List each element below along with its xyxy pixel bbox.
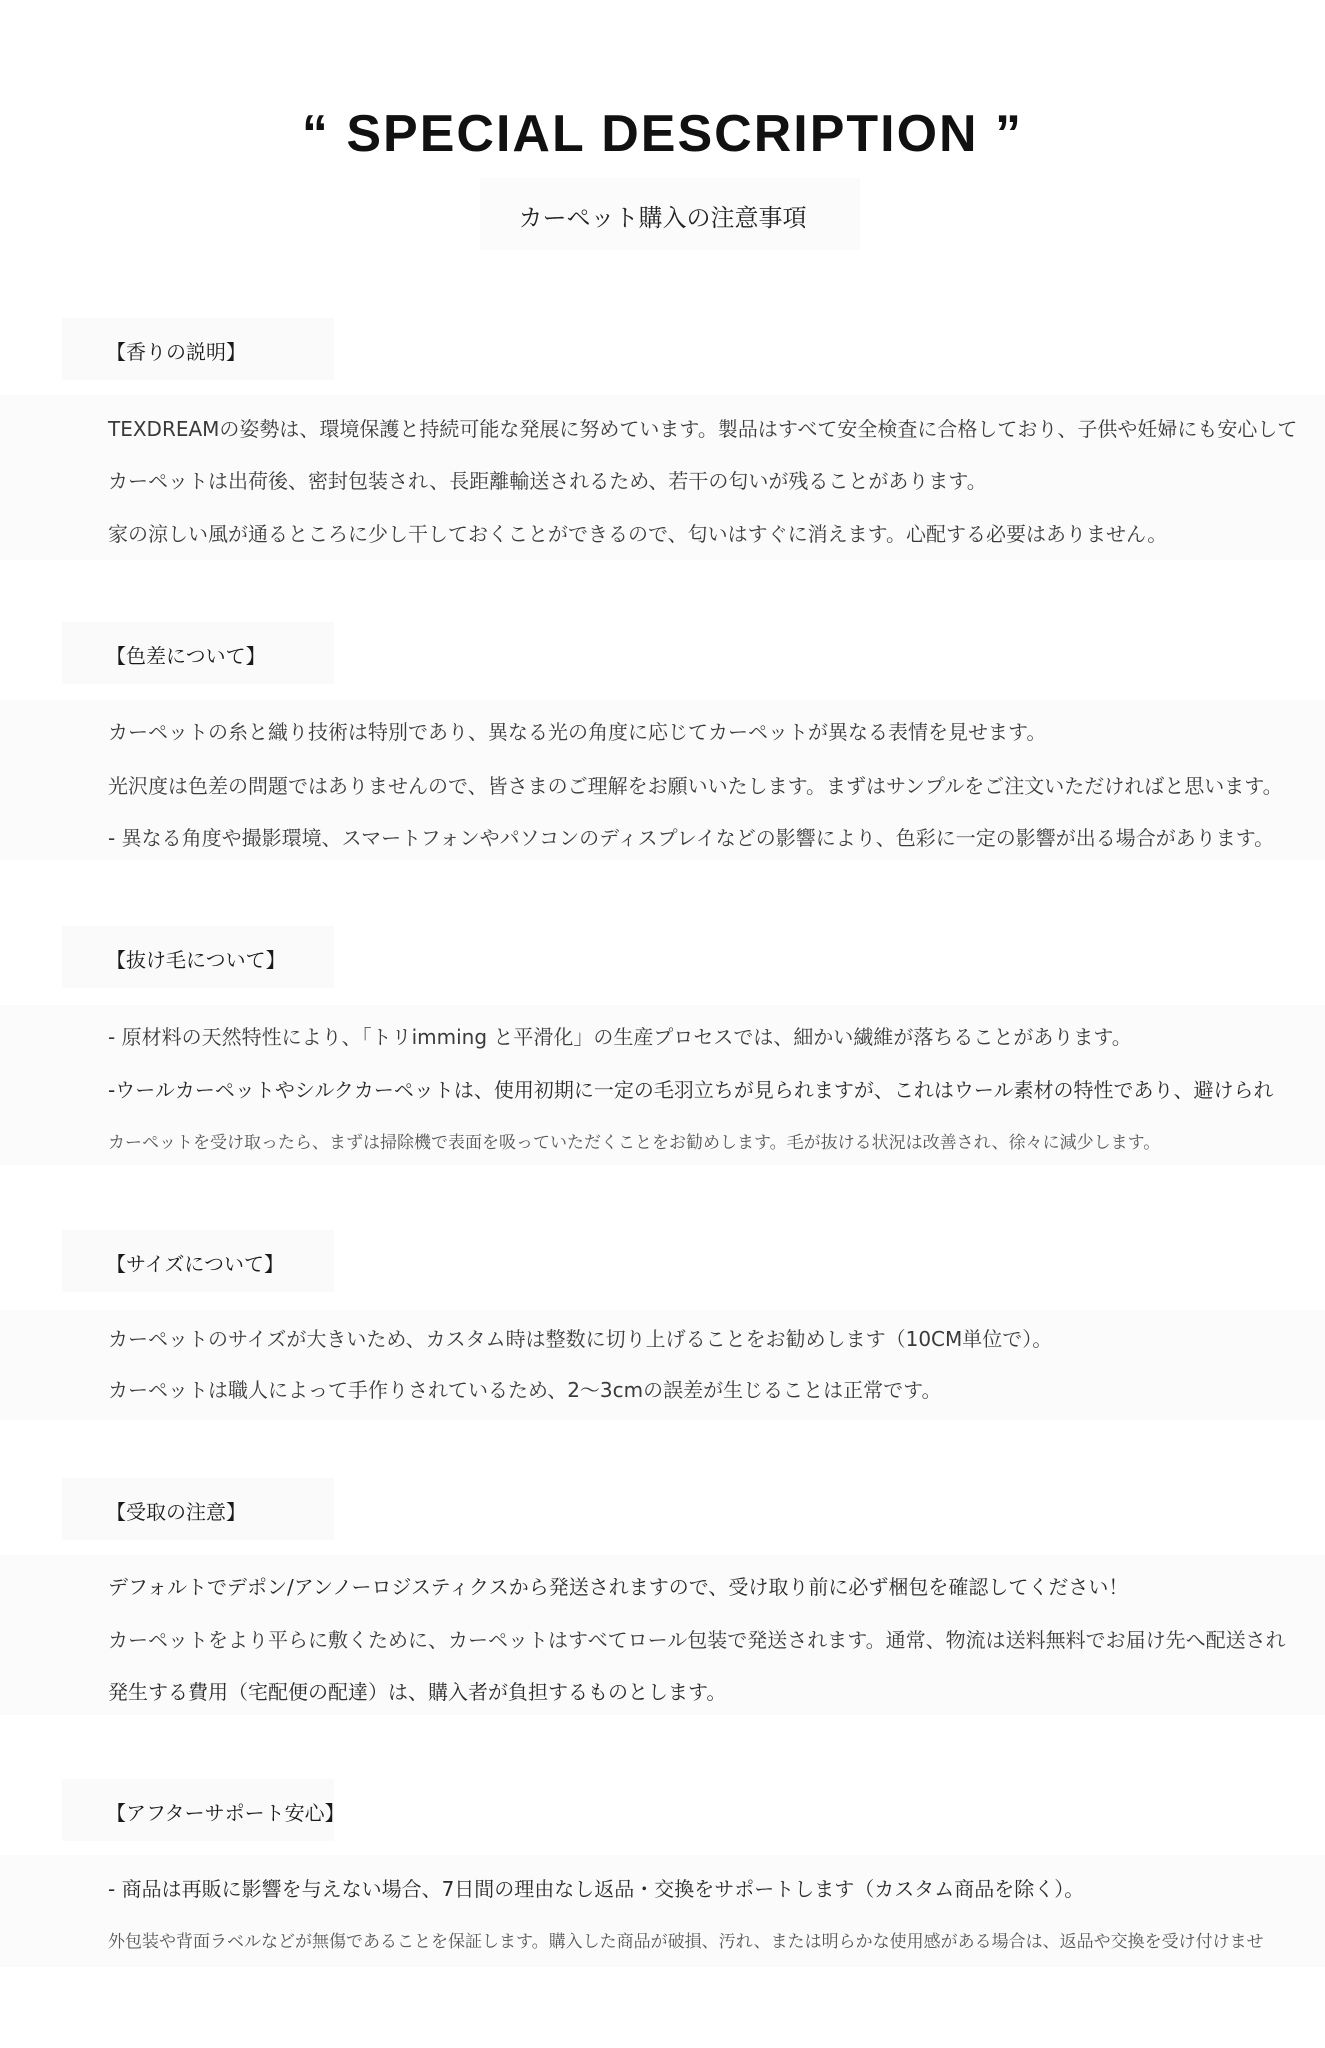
section-heading-size: 【サイズについて】 (106, 1248, 284, 1277)
special-description-page: “ SPECIAL DESCRIPTION ” カーペット購入の注意事項 【香り… (0, 0, 1325, 2048)
section-scent-line: TEXDREAMの姿勢は、環境保護と持続可能な発展に努めています。製品はすべて安… (108, 413, 1297, 442)
section-size-line: カーペットのサイズが大きいため、カスタム時は整数に切り上げることをお勧めします（… (108, 1323, 1052, 1352)
section-support-line: 外包装や背面ラベルなどが無傷であることを保証します。購入した商品が破損、汚れ、ま… (108, 1927, 1264, 1952)
page-subtitle: カーペット購入の注意事項 (0, 198, 1325, 233)
section-receiving-line: 発生する費用（宅配便の配達）は、購入者が負担するものとします。 (108, 1676, 726, 1705)
section-scent-line: カーペットは出荷後、密封包装され、長距離輸送されるため、若干の匂いが残ることがあ… (108, 465, 987, 494)
section-color-line: カーペットの糸と織り技術は特別であり、異なる光の角度に応じてカーペットが異なる表… (108, 716, 1046, 745)
section-shedding-line: - 原材料の天然特性により、「トリimming と平滑化」の生産プロセスでは、細… (108, 1021, 1132, 1050)
section-receiving-line: デフォルトでデポン/アンノーロジスティクスから発送されますので、受け取り前に必ず… (108, 1571, 1128, 1600)
section-size-line: カーペットは職人によって手作りされているため、2〜3cmの誤差が生じることは正常… (108, 1374, 942, 1403)
section-shedding-line: -ウールカーペットやシルクカーペットは、使用初期に一定の毛羽立ちが見られますが、… (108, 1074, 1274, 1103)
section-shedding-line: カーペットを受け取ったら、まずは掃除機で表面を吸っていただくことをお勧めします。… (108, 1128, 1160, 1153)
section-heading-color-difference: 【色差について】 (106, 640, 266, 669)
section-support-line: - 商品は再販に影響を与えない場合、7日間の理由なし返品・交換をサポートします（… (108, 1873, 1084, 1902)
section-receiving-line: カーペットをより平らに敷くために、カーペットはすべてロール包装で発送されます。通… (108, 1624, 1286, 1653)
page-title: “ SPECIAL DESCRIPTION ” (0, 104, 1325, 164)
section-heading-scent: 【香りの説明】 (106, 336, 246, 365)
section-color-line: 光沢度は色差の問題ではありませんので、皆さまのご理解をお願いいたします。まずはサ… (108, 770, 1283, 799)
section-heading-receiving: 【受取の注意】 (106, 1496, 246, 1525)
section-scent-line: 家の涼しい風が通るところに少し干しておくことができるので、匂いはすぐに消えます。… (108, 518, 1167, 547)
section-color-line: - 異なる角度や撮影環境、スマートフォンやパソコンのディスプレイなどの影響により… (108, 822, 1274, 851)
section-heading-shedding: 【抜け毛について】 (106, 944, 286, 973)
section-heading-after-support: 【アフターサポート安心】 (106, 1797, 345, 1826)
